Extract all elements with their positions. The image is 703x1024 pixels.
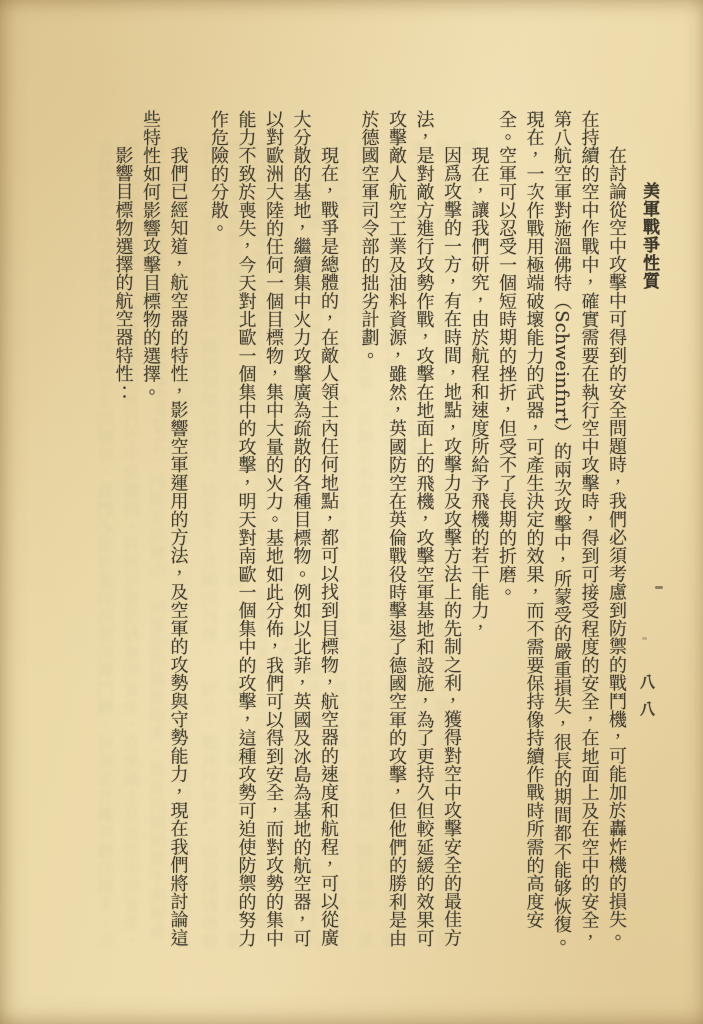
paragraph: 我們已經知道，航空器的特性，影響空軍運用的方法，及空軍的攻勢與守勢能力，現在我們… [137, 110, 192, 958]
paragraph: 現在，戰爭是總體的，在敵人領土內任何地點，都可以找到目標物，航空器的速度和航程，… [205, 110, 343, 958]
page-title: 美軍戰爭性質 [637, 182, 662, 290]
body-text: 在討論從空中攻擊中可得到的安全問題時，我們必須考慮到防禦的戰鬥機，可能加於轟炸機… [82, 110, 630, 958]
ink-speck [655, 586, 663, 589]
paragraph: 影響目標物選擇的航空器特性： [109, 110, 137, 958]
paragraph: 現在，讓我們研究，由於航程和速度所給予飛機的若干能力， [465, 110, 493, 958]
paragraph: 因爲攻擊的一方，有在時間，地點，攻擊力及攻擊方法上的先制之利，獲得對空中攻擊安全… [355, 110, 465, 958]
ink-speck [642, 637, 647, 640]
document-page: 在討論從空中攻擊中可得到的安全問題時，我們必須考慮到防禦的戰鬥機，可能加於轟炸機… [0, 0, 703, 1024]
page-number: 八八 [637, 674, 658, 728]
paragraph: 在討論從空中攻擊中可得到的安全問題時，我們必須考慮到防禦的戰鬥機，可能加於轟炸機… [493, 110, 631, 958]
